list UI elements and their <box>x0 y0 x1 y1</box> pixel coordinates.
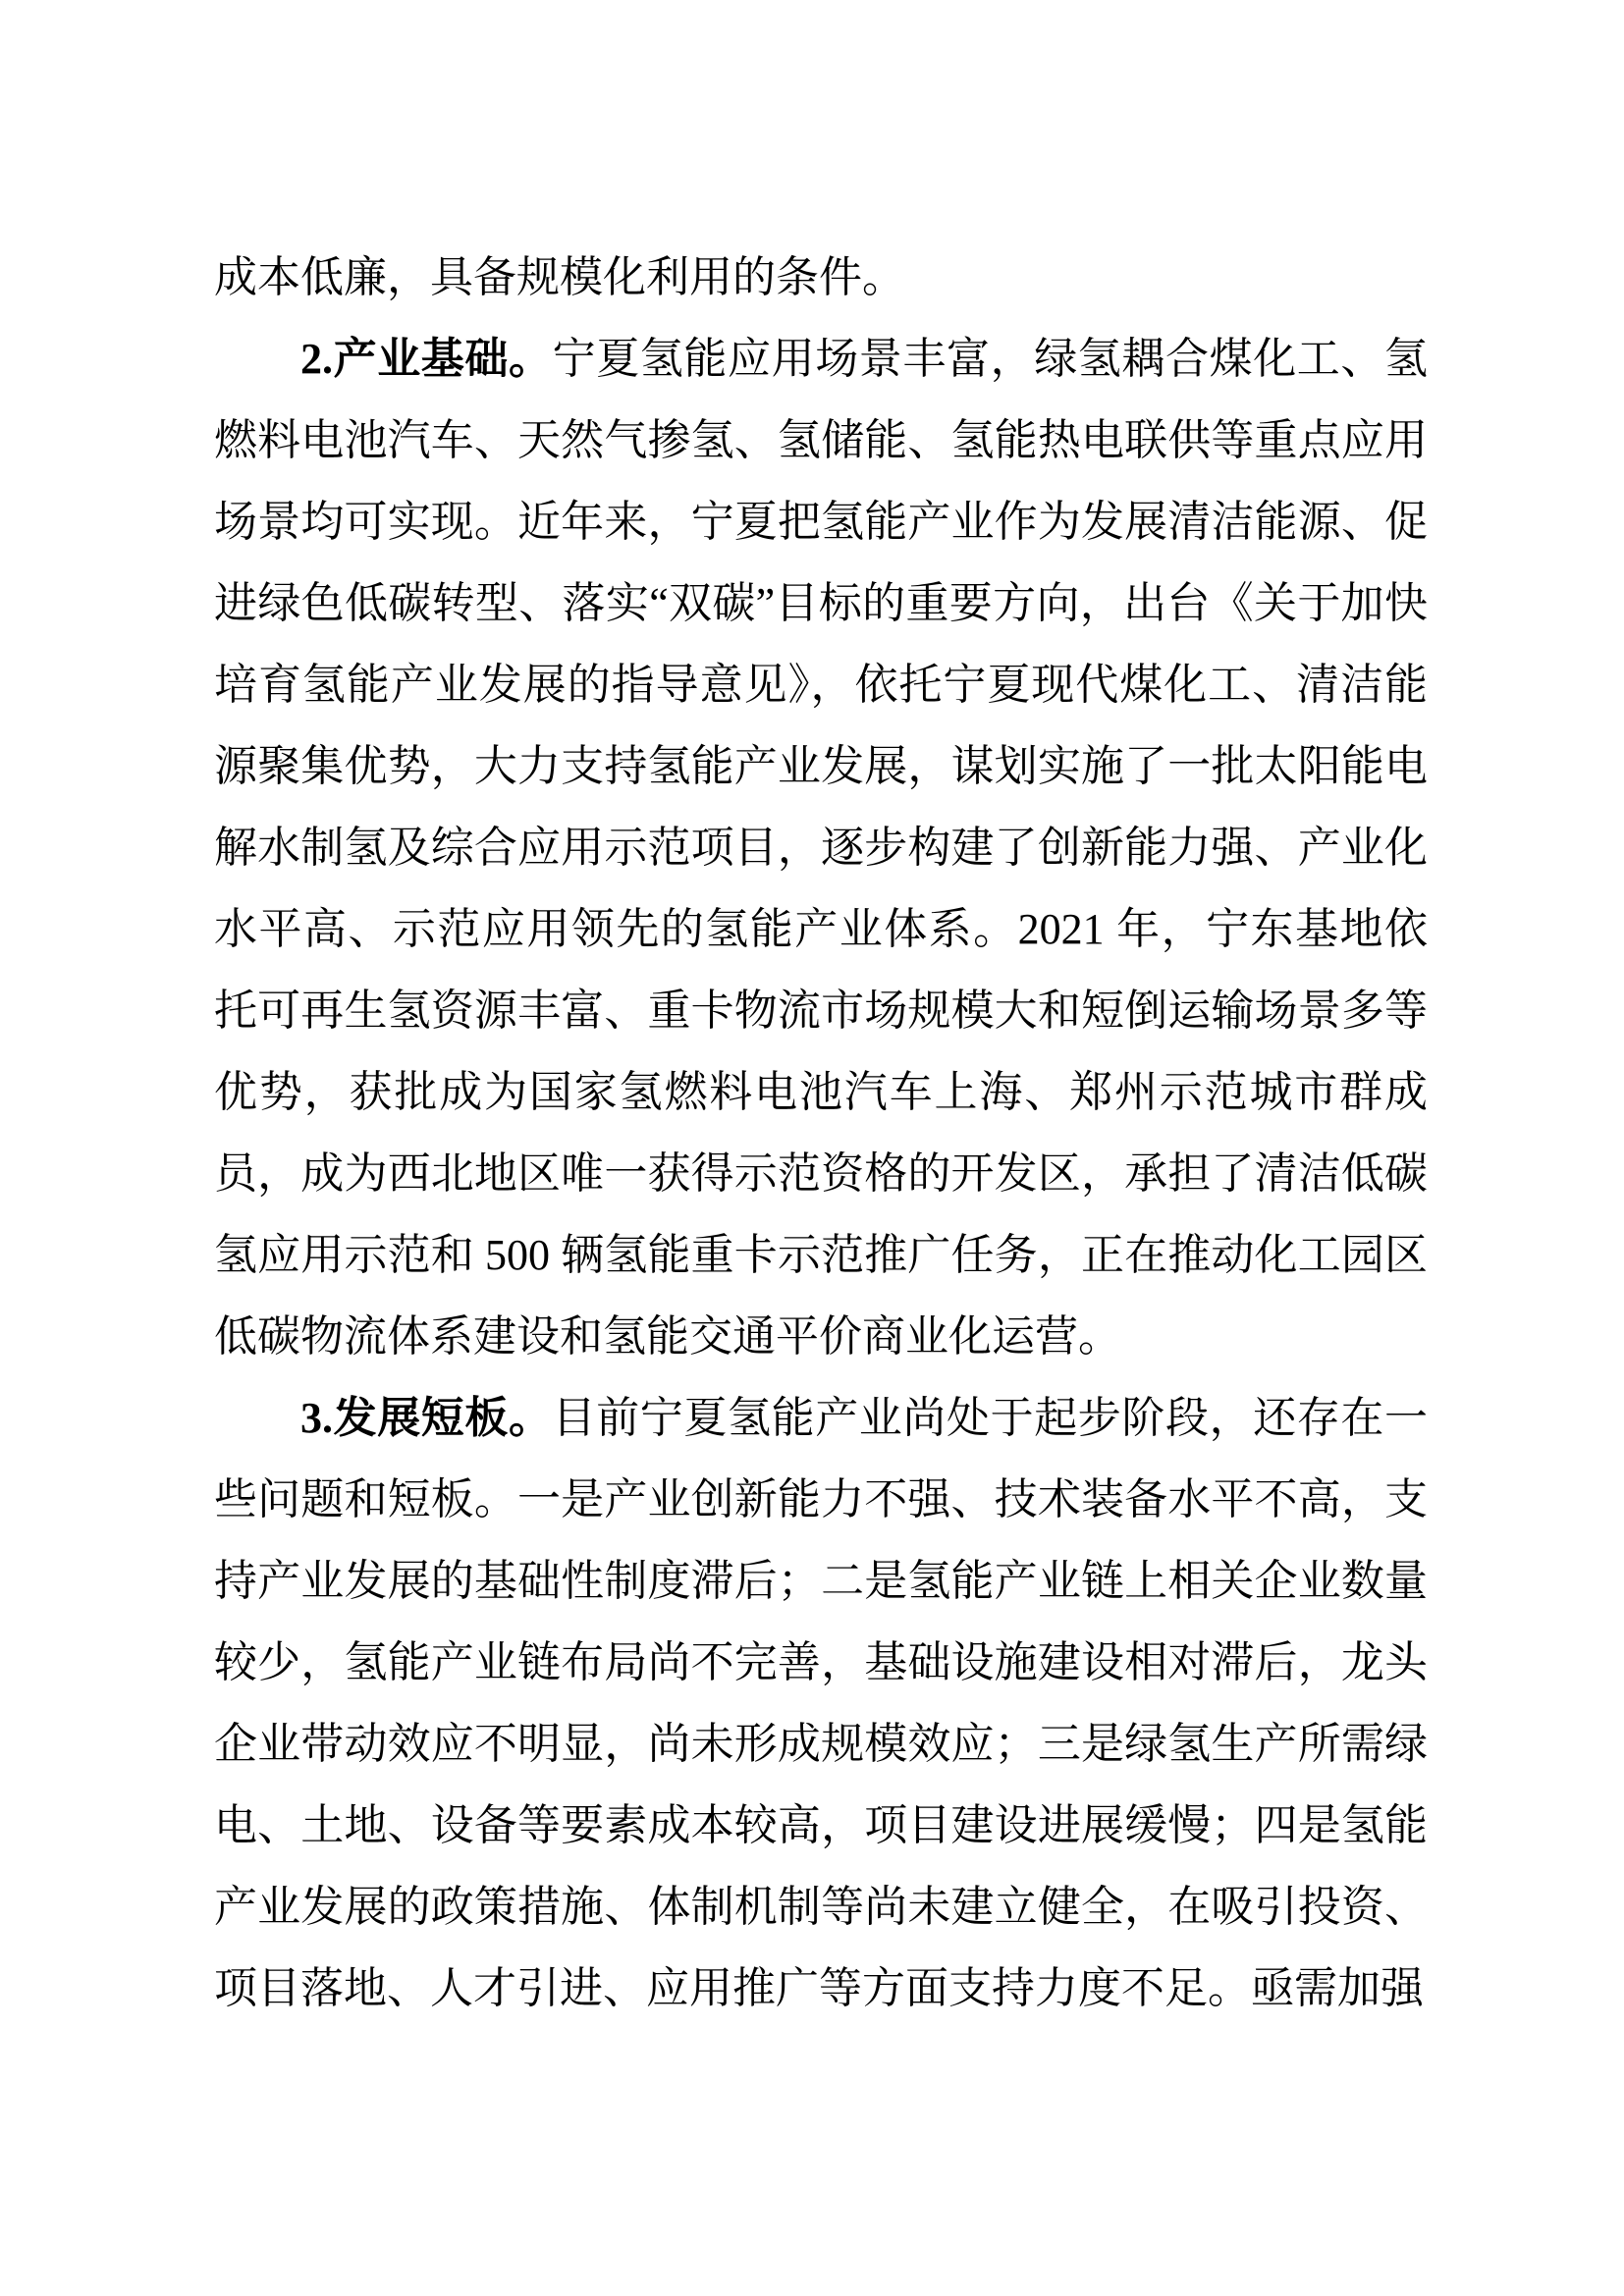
paragraph-text: 宁夏氢能应用场景丰富，绿氢耦合煤化工、氢燃料电池汽车、天然气掺氢、氢储能、氢能热… <box>214 335 1428 1361</box>
paragraph-lead: 3.发展短板。 <box>300 1394 553 1442</box>
paragraph-lead: 2.产业基础。 <box>300 335 553 383</box>
document-page: 成本低廉，具备规模化利用的条件。 2.产业基础。宁夏氢能应用场景丰富，绿氢耦合煤… <box>0 0 1624 2296</box>
paragraph-text: 目前宁夏氢能产业尚处于起步阶段，还存在一些问题和短板。一是产业创新能力不强、技术… <box>214 1394 1428 2012</box>
paragraph-industry-base: 2.产业基础。宁夏氢能应用场景丰富，绿氢耦合煤化工、氢燃料电池汽车、天然气掺氢、… <box>214 318 1428 1377</box>
paragraph-text: 成本低廉，具备规模化利用的条件。 <box>214 253 905 301</box>
paragraph-development-shortcomings: 3.发展短板。目前宁夏氢能产业尚处于起步阶段，还存在一些问题和短板。一是产业创新… <box>214 1377 1428 2029</box>
paragraph-continuation: 成本低廉，具备规模化利用的条件。 <box>214 237 1428 318</box>
